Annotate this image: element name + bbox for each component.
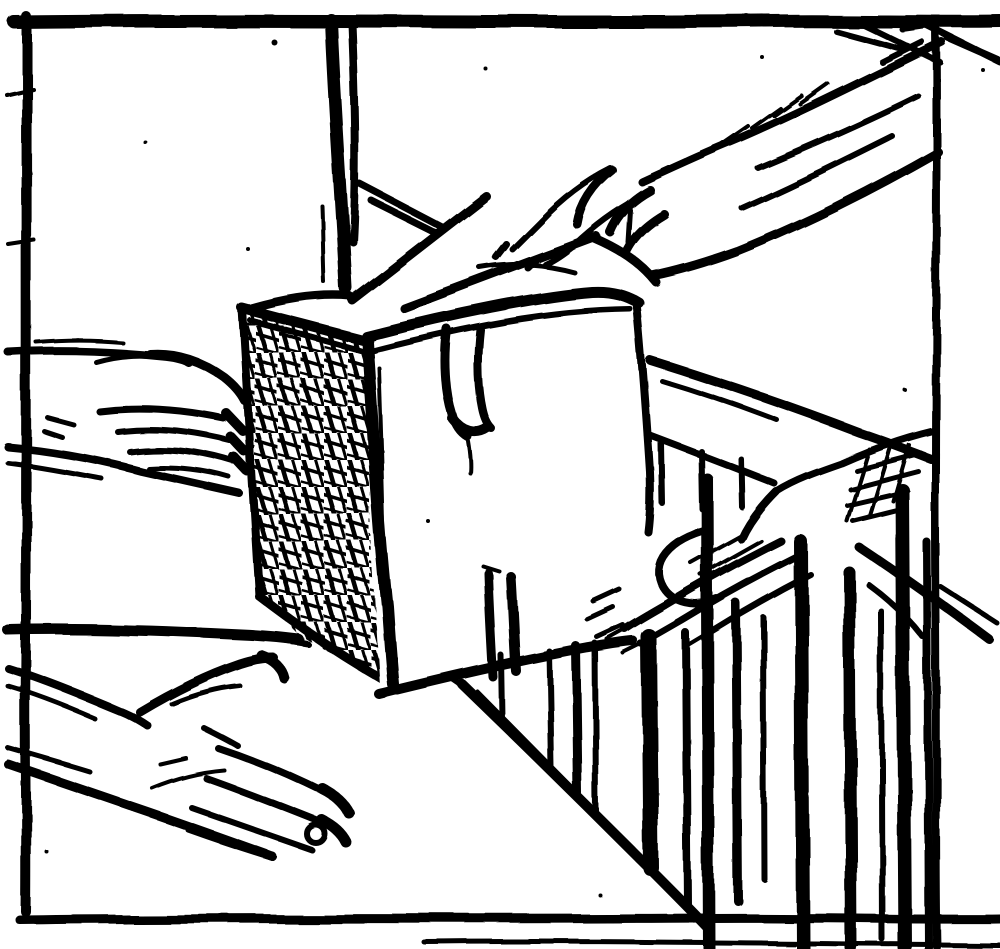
upper-right-arm bbox=[496, 21, 1000, 276]
left-hand-knuckle-arc bbox=[150, 354, 245, 401]
arm-shading-ticks bbox=[722, 84, 828, 144]
left-hand bbox=[44, 410, 247, 477]
speck bbox=[598, 893, 602, 897]
right-hand-top-contour bbox=[776, 431, 933, 491]
arm-crease-lines bbox=[742, 96, 918, 208]
post-stroke-thin bbox=[322, 206, 324, 282]
arm-lower-contour bbox=[652, 152, 938, 276]
box-bottom-bar-left bbox=[488, 573, 493, 677]
speck bbox=[483, 66, 487, 70]
sketch-canvas bbox=[0, 0, 1000, 949]
ll-thumb bbox=[140, 658, 274, 712]
frame-right-edge bbox=[935, 26, 937, 947]
ledge-diagonal-main bbox=[462, 684, 707, 927]
ledge-line-main bbox=[8, 629, 299, 640]
left-hand-fingers-2-3 bbox=[118, 430, 234, 462]
left-arm-top-echo bbox=[36, 340, 122, 342]
flap-drip bbox=[468, 441, 470, 473]
lower-left-open-hand bbox=[8, 656, 348, 858]
speck bbox=[981, 68, 985, 72]
speck bbox=[271, 39, 277, 45]
post-stroke-second bbox=[352, 24, 355, 242]
slat-extra-thick bbox=[649, 637, 651, 868]
slats-wide bbox=[707, 479, 851, 948]
ledge-diagonal-echo bbox=[477, 691, 695, 911]
box-top-flap-pair bbox=[360, 184, 442, 234]
ledge-line-left bbox=[8, 629, 308, 644]
left-hand-thumb-marks bbox=[44, 418, 74, 437]
arm-upper-contour bbox=[642, 42, 942, 182]
speck bbox=[145, 142, 149, 146]
speck bbox=[760, 55, 764, 59]
ll-curled-fingertip-ring bbox=[307, 825, 325, 843]
left-hand-upper-arc bbox=[96, 356, 153, 362]
ink-drawing bbox=[0, 0, 1000, 949]
ll-thumb-web bbox=[204, 728, 238, 746]
box-top-left-connector bbox=[246, 295, 350, 310]
box-bottom-bar-right bbox=[511, 577, 516, 671]
speck bbox=[425, 518, 429, 522]
speck bbox=[903, 388, 907, 392]
left-arm bbox=[8, 340, 247, 493]
ll-palm-lower-contour bbox=[8, 764, 272, 856]
left-hand-finger-1 bbox=[100, 410, 224, 419]
speck bbox=[45, 850, 49, 854]
speck bbox=[246, 247, 250, 251]
ll-thumb-tip bbox=[262, 656, 284, 678]
vertical-post bbox=[322, 20, 355, 288]
post-stroke-main bbox=[331, 20, 346, 288]
frame-top-edge bbox=[14, 21, 1000, 22]
